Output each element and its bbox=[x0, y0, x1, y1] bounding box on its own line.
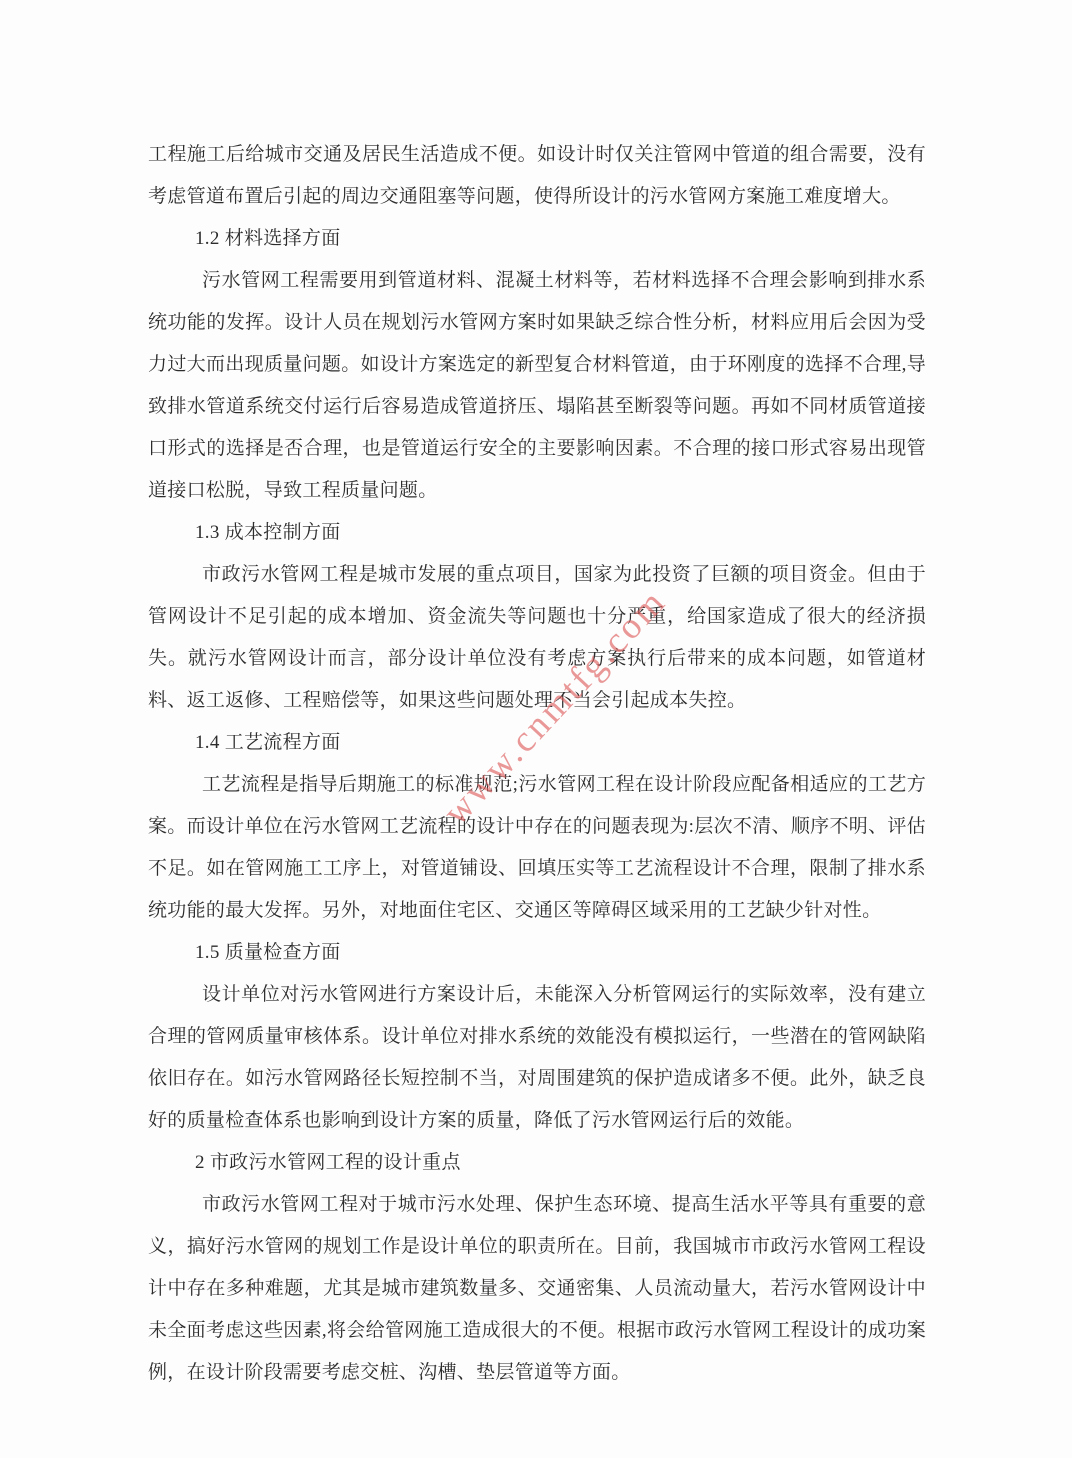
body-paragraph: 污水管网工程需要用到管道材料、混凝土材料等，若材料选择不合理会影响到排水系统功能… bbox=[148, 260, 926, 512]
section-heading: 1.4 工艺流程方面 bbox=[148, 722, 926, 764]
section-heading: 2 市政污水管网工程的设计重点 bbox=[148, 1142, 926, 1184]
body-paragraph: 市政污水管网工程对于城市污水处理、保护生态环境、提高生活水平等具有重要的意义，搞… bbox=[148, 1184, 926, 1394]
body-paragraph: 市政污水管网工程是城市发展的重点项目，国家为此投资了巨额的项目资金。但由于管网设… bbox=[148, 554, 926, 722]
section-heading: 1.5 质量检查方面 bbox=[148, 932, 926, 974]
body-paragraph: 设计单位对污水管网进行方案设计后，未能深入分析管网运行的实际效率，没有建立合理的… bbox=[148, 974, 926, 1142]
body-paragraph: 工艺流程是指导后期施工的标准规范;污水管网工程在设计阶段应配备相适应的工艺方案。… bbox=[148, 764, 926, 932]
body-paragraph: 工程施工后给城市交通及居民生活造成不便。如设计时仅关注管网中管道的组合需要，没有… bbox=[148, 134, 926, 218]
section-heading: 1.2 材料选择方面 bbox=[148, 218, 926, 260]
document-page: 工程施工后给城市交通及居民生活造成不便。如设计时仅关注管网中管道的组合需要，没有… bbox=[0, 0, 1072, 1458]
section-heading: 1.3 成本控制方面 bbox=[148, 512, 926, 554]
document-content: 工程施工后给城市交通及居民生活造成不便。如设计时仅关注管网中管道的组合需要，没有… bbox=[148, 134, 926, 1394]
